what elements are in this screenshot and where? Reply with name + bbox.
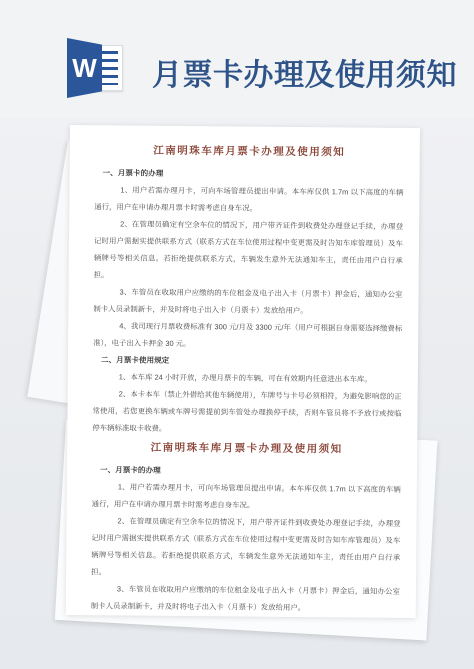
page-title: 月票卡办理及使用须知 xyxy=(152,50,464,94)
doc-title: 江南明珠车库月票卡办理及使用须知 xyxy=(95,141,404,164)
doc-paragraph: 2、在管理员确定有空余车位的情况下，用户带齐证件到收费处办理登记手续，办理登记时… xyxy=(91,512,401,583)
page-background: { "header": { "title": "月票卡办理及使用须知", "ic… xyxy=(0,0,474,669)
doc-title-repeat: 江南明珠车库月票卡办理及使用须知 xyxy=(92,438,401,461)
word-icon: W xyxy=(67,38,123,98)
doc-paragraph: 1、用户若需办理月卡，可向车场管理员提出申请。本车库仅供 1.7m 以下高度的车… xyxy=(94,181,403,218)
word-icon-cover: W xyxy=(67,38,102,98)
doc-paragraph: 2、在管理员确定有空余车位的情况下，用户带齐证件到收费处办理登记手续，办理登记时… xyxy=(94,215,404,286)
doc-paragraph: 1、用户若需办理月卡，可向车场管理员提出申请。本车库仅供 1.7m 以下高度的车… xyxy=(92,478,401,515)
doc-paragraph: 3、车管员在收取用户应缴纳的车位租金及电子出入卡（月票卡）押金后，通知办公室制卡… xyxy=(91,580,400,617)
doc-paragraph: 3、车管员在收取用户应缴纳的车位租金及电子出入卡（月票卡）押金后，通知办公室制卡… xyxy=(93,283,402,320)
word-icon-letter: W xyxy=(72,53,97,84)
doc-paragraph: 4、我司现行月票收费标准有 300 元/月及 3300 元/年（用户可根据自身需… xyxy=(93,317,402,354)
doc-paragraph: 2、本卡本车（禁止外借给其他车辆使用），车牌号与卡号必须相符，为避免影响您的正常… xyxy=(92,385,401,439)
header-banner: W 月票卡办理及使用须知 xyxy=(0,0,474,118)
document-page[interactable]: 江南明珠车库月票卡办理及使用须知 一、月票卡的办理 1、用户若需办理月卡，可向车… xyxy=(66,125,420,618)
